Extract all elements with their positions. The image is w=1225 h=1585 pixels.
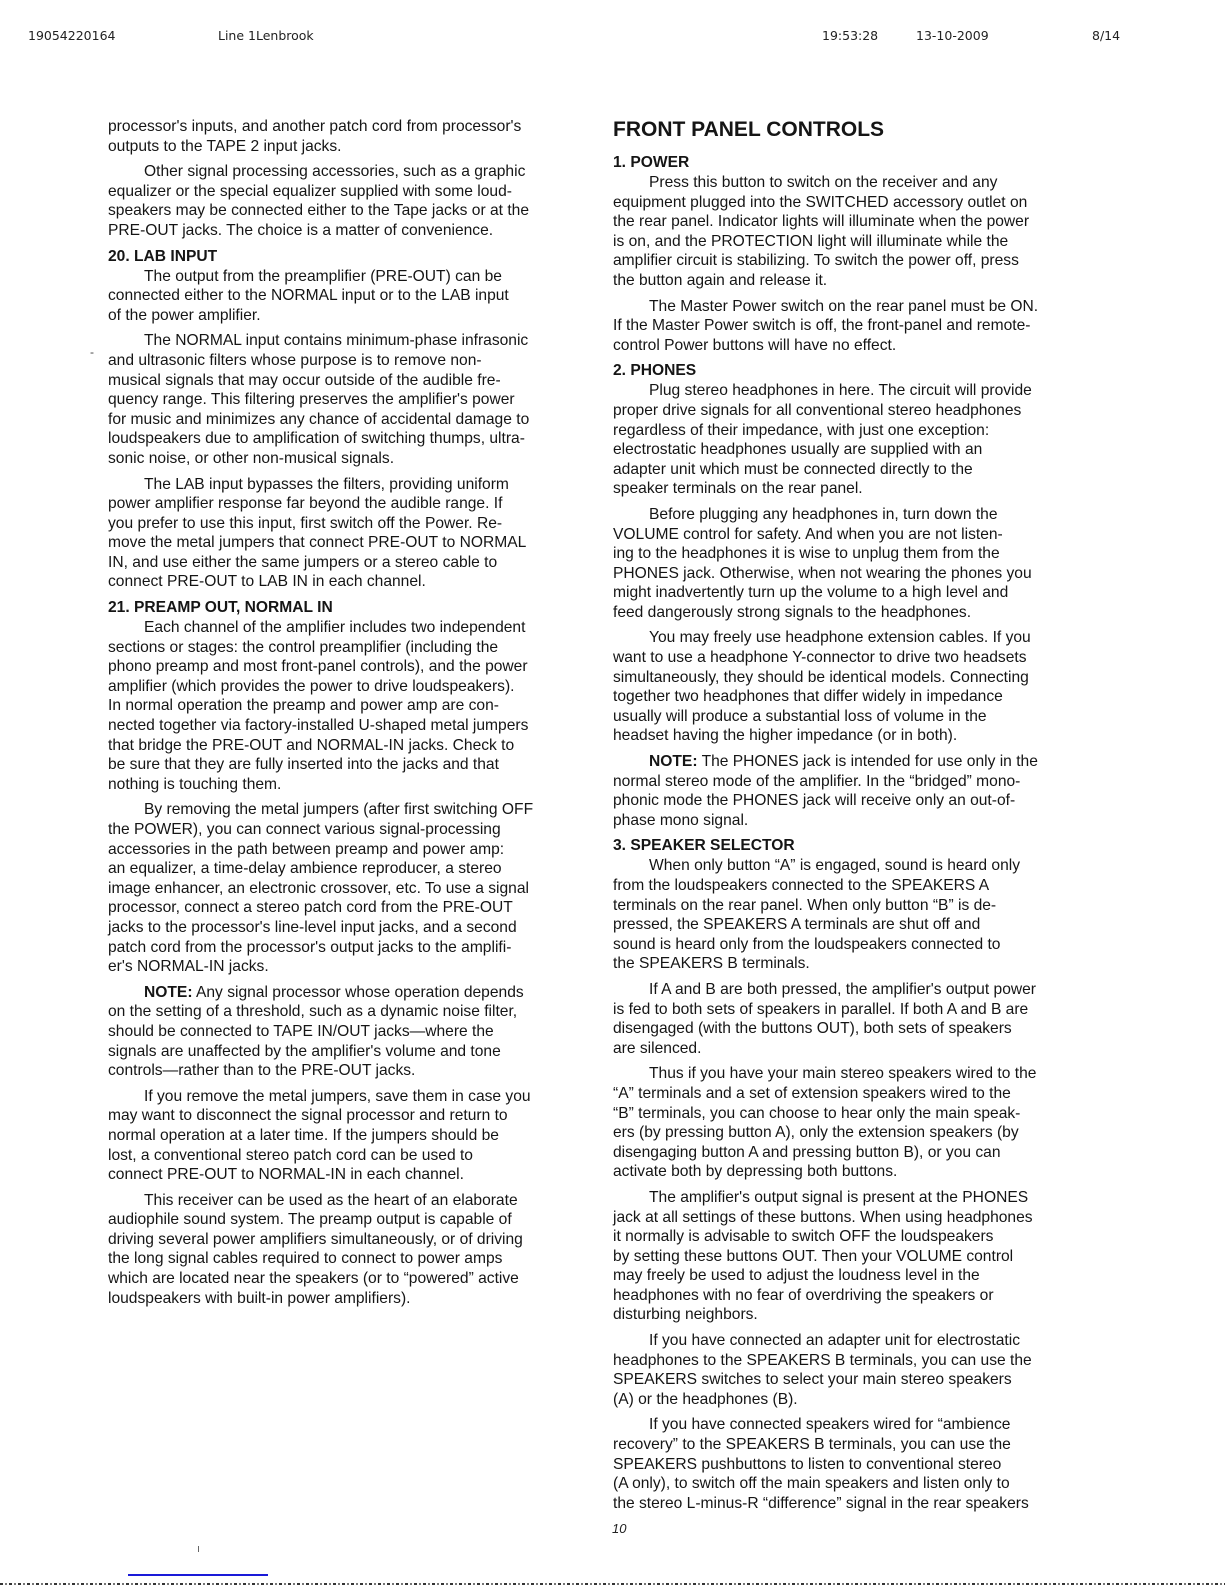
scan-mark: - bbox=[90, 345, 94, 359]
text-line: Other signal processing accessories, suc… bbox=[108, 162, 588, 182]
page-number: 10 bbox=[612, 1521, 626, 1536]
text-line: simultaneously, they should be identical… bbox=[613, 668, 1093, 688]
text-line: sonic noise, or other non-musical signal… bbox=[108, 449, 588, 469]
text-line: for music and minimizes any chance of ac… bbox=[108, 410, 588, 430]
text-line: headphones with no fear of overdriving t… bbox=[613, 1286, 1093, 1306]
section-heading: 2. PHONES bbox=[613, 361, 1093, 381]
text-line: jacks to the processor's line-level inpu… bbox=[108, 918, 588, 938]
text-line: the SPEAKERS B terminals. bbox=[613, 954, 1093, 974]
paragraph: This receiver can be used as the heart o… bbox=[108, 1191, 588, 1309]
fax-header: 19054220164 Line 1Lenbrook 19:53:28 13-1… bbox=[0, 28, 1225, 48]
text-line: the POWER), you can connect various sign… bbox=[108, 820, 588, 840]
text-line: By removing the metal jumpers (after fir… bbox=[108, 800, 588, 820]
note-text: The PHONES jack is intended for use only… bbox=[698, 753, 1038, 770]
text-line: which are located near the speakers (or … bbox=[108, 1269, 588, 1289]
text-line: by setting these buttons OUT. Then your … bbox=[613, 1247, 1093, 1267]
paragraph: Other signal processing accessories, suc… bbox=[108, 162, 588, 240]
text-line: processor, connect a stereo patch cord f… bbox=[108, 898, 588, 918]
paragraph: If you have connected an adapter unit fo… bbox=[613, 1331, 1093, 1409]
text-line: from the loudspeakers connected to the S… bbox=[613, 876, 1093, 896]
text-line: In normal operation the preamp and power… bbox=[108, 696, 588, 716]
text-line: connected either to the NORMAL input or … bbox=[108, 286, 588, 306]
text-line: When only button “A” is engaged, sound i… bbox=[613, 856, 1093, 876]
text-line: “B” terminals, you can choose to hear on… bbox=[613, 1104, 1093, 1124]
text-line: activate both by depressing both buttons… bbox=[613, 1162, 1093, 1182]
paragraph: The NORMAL input contains minimum-phase … bbox=[108, 331, 588, 468]
text-line: quency range. This filtering preserves t… bbox=[108, 390, 588, 410]
text-line: nothing is touching them. bbox=[108, 775, 588, 795]
text-line: The output from the preamplifier (PRE-OU… bbox=[108, 267, 588, 287]
text-line: disengaging button A and pressing button… bbox=[613, 1143, 1093, 1163]
text-line: phase mono signal. bbox=[613, 811, 1093, 831]
scan-speck bbox=[198, 1546, 199, 1552]
text-line: If you remove the metal jumpers, save th… bbox=[108, 1087, 588, 1107]
text-line: er's NORMAL-IN jacks. bbox=[108, 957, 588, 977]
text-line: PRE-OUT jacks. The choice is a matter of… bbox=[108, 221, 588, 241]
text-line: If you have connected an adapter unit fo… bbox=[613, 1331, 1093, 1351]
text-line: and ultrasonic filters whose purpose is … bbox=[108, 351, 588, 371]
paragraph: processor's inputs, and another patch co… bbox=[108, 117, 588, 156]
text-line: outputs to the TAPE 2 input jacks. bbox=[108, 137, 588, 157]
text-line: equalizer or the special equalizer suppl… bbox=[108, 182, 588, 202]
text-line: accessories in the path between preamp a… bbox=[108, 840, 588, 860]
text-line: the button again and release it. bbox=[613, 271, 1093, 291]
note-continuation: normal stereo mode of the amplifier. In … bbox=[613, 772, 1093, 831]
text-line: Before plugging any headphones in, turn … bbox=[613, 505, 1093, 525]
paragraph: When only button “A” is engaged, sound i… bbox=[613, 856, 1093, 974]
text-line: sections or stages: the control preampli… bbox=[108, 638, 588, 658]
text-line: amplifier (which provides the power to d… bbox=[108, 677, 588, 697]
text-line: headset having the higher impedance (or … bbox=[613, 726, 1093, 746]
paragraph: The LAB input bypasses the filters, prov… bbox=[108, 475, 588, 593]
text-line: speakers may be connected either to the … bbox=[108, 201, 588, 221]
text-line: should be connected to TAPE IN/OUT jacks… bbox=[108, 1022, 588, 1042]
text-line: (A only), to switch off the main speaker… bbox=[613, 1474, 1093, 1494]
fax-sender: Line 1Lenbrook bbox=[218, 28, 314, 43]
left-column: processor's inputs, and another patch co… bbox=[108, 117, 588, 1314]
text-line: are silenced. bbox=[613, 1039, 1093, 1059]
note-paragraph: NOTE: The PHONES jack is intended for us… bbox=[613, 752, 1093, 830]
text-line: the long signal cables required to conne… bbox=[108, 1249, 588, 1269]
text-line: pressed, the SPEAKERS A terminals are sh… bbox=[613, 915, 1093, 935]
text-line: on the setting of a threshold, such as a… bbox=[108, 1002, 588, 1022]
text-line: that bridge the PRE-OUT and NORMAL-IN ja… bbox=[108, 736, 588, 756]
text-line: be sure that they are fully inserted int… bbox=[108, 755, 588, 775]
text-line: Plug stereo headphones in here. The circ… bbox=[613, 381, 1093, 401]
text-line: the rear panel. Indicator lights will il… bbox=[613, 212, 1093, 232]
paragraph: Each channel of the amplifier includes t… bbox=[108, 618, 588, 794]
text-line: The amplifier's output signal is present… bbox=[613, 1188, 1093, 1208]
paragraph: Press this button to switch on the recei… bbox=[613, 173, 1093, 291]
paragraph: The amplifier's output signal is present… bbox=[613, 1188, 1093, 1325]
text-line: PHONES jack. Otherwise, when not wearing… bbox=[613, 564, 1093, 584]
paragraph: By removing the metal jumpers (after fir… bbox=[108, 800, 588, 976]
fax-page-count: 8/14 bbox=[1092, 28, 1120, 43]
fax-date: 13-10-2009 bbox=[916, 28, 989, 43]
text-line: image enhancer, an electronic crossover,… bbox=[108, 879, 588, 899]
note-continuation: on the setting of a threshold, such as a… bbox=[108, 1002, 588, 1080]
text-line: disengaged (with the buttons OUT), both … bbox=[613, 1019, 1093, 1039]
note-paragraph: NOTE: Any signal processor whose operati… bbox=[108, 983, 588, 1081]
text-line: SPEAKERS switches to select your main st… bbox=[613, 1370, 1093, 1390]
text-line: adapter unit which must be connected dir… bbox=[613, 460, 1093, 480]
text-line: move the metal jumpers that connect PRE-… bbox=[108, 533, 588, 553]
text-line: SPEAKERS pushbuttons to listen to conven… bbox=[613, 1455, 1093, 1475]
text-line: The LAB input bypasses the filters, prov… bbox=[108, 475, 588, 495]
footer-underline-link[interactable] bbox=[128, 1574, 268, 1576]
text-line: audiophile sound system. The preamp outp… bbox=[108, 1210, 588, 1230]
note-text: Any signal processor whose operation dep… bbox=[193, 984, 524, 1001]
text-line: nected together via factory-installed U-… bbox=[108, 716, 588, 736]
text-line: ing to the headphones it is wise to unpl… bbox=[613, 544, 1093, 564]
text-line: may freely be used to adjust the loudnes… bbox=[613, 1266, 1093, 1286]
text-line: jack at all settings of these buttons. W… bbox=[613, 1208, 1093, 1228]
text-line: patch cord from the processor's output j… bbox=[108, 938, 588, 958]
text-line: The NORMAL input contains minimum-phase … bbox=[108, 331, 588, 351]
text-line: loudspeakers due to amplification of swi… bbox=[108, 429, 588, 449]
text-line: power amplifier response far beyond the … bbox=[108, 494, 588, 514]
text-line: electrostatic headphones usually are sup… bbox=[613, 440, 1093, 460]
text-line: is on, and the PROTECTION light will ill… bbox=[613, 232, 1093, 252]
text-line: VOLUME control for safety. And when you … bbox=[613, 525, 1093, 545]
text-line: Each channel of the amplifier includes t… bbox=[108, 618, 588, 638]
text-line: may want to disconnect the signal proces… bbox=[108, 1106, 588, 1126]
text-line: If the Master Power switch is off, the f… bbox=[613, 316, 1093, 336]
paragraph: You may freely use headphone extension c… bbox=[613, 628, 1093, 746]
text-line: If A and B are both pressed, the amplifi… bbox=[613, 980, 1093, 1000]
fax-number: 19054220164 bbox=[28, 28, 115, 43]
text-line: want to use a headphone Y-connector to d… bbox=[613, 648, 1093, 668]
text-line: IN, and use either the same jumpers or a… bbox=[108, 553, 588, 573]
paragraph: Thus if you have your main stereo speake… bbox=[613, 1064, 1093, 1182]
section-heading: 3. SPEAKER SELECTOR bbox=[613, 836, 1093, 856]
text-line: ers (by pressing button A), only the ext… bbox=[613, 1123, 1093, 1143]
text-line: equipment plugged into the SWITCHED acce… bbox=[613, 193, 1093, 213]
text-line: Press this button to switch on the recei… bbox=[613, 173, 1093, 193]
text-line: you prefer to use this input, first swit… bbox=[108, 514, 588, 534]
page-title: FRONT PANEL CONTROLS bbox=[613, 117, 1093, 143]
text-line: disturbing neighbors. bbox=[613, 1305, 1093, 1325]
text-line: phono preamp and most front-panel contro… bbox=[108, 657, 588, 677]
text-line: signals are unaffected by the amplifier'… bbox=[108, 1042, 588, 1062]
text-line: This receiver can be used as the heart o… bbox=[108, 1191, 588, 1211]
text-line: If you have connected speakers wired for… bbox=[613, 1415, 1093, 1435]
text-line: phonic mode the PHONES jack will receive… bbox=[613, 791, 1093, 811]
text-line: proper drive signals for all conventiona… bbox=[613, 401, 1093, 421]
text-line: might inadvertently turn up the volume t… bbox=[613, 583, 1093, 603]
text-line: (A) or the headphones (B). bbox=[613, 1390, 1093, 1410]
text-line: speaker terminals on the rear panel. bbox=[613, 479, 1093, 499]
paragraph: The output from the preamplifier (PRE-OU… bbox=[108, 267, 588, 326]
text-line: normal operation at a later time. If the… bbox=[108, 1126, 588, 1146]
text-line: musical signals that may occur outside o… bbox=[108, 371, 588, 391]
paragraph: Before plugging any headphones in, turn … bbox=[613, 505, 1093, 623]
right-column: FRONT PANEL CONTROLS 1. POWER Press this… bbox=[613, 117, 1093, 1519]
text-line: terminals on the rear panel. When only b… bbox=[613, 896, 1093, 916]
text-line: connect PRE-OUT to LAB IN in each channe… bbox=[108, 572, 588, 592]
text-line: feed dangerously strong signals to the h… bbox=[613, 603, 1093, 623]
paragraph: If you remove the metal jumpers, save th… bbox=[108, 1087, 588, 1185]
paragraph: Plug stereo headphones in here. The circ… bbox=[613, 381, 1093, 499]
text-line: together two headphones that differ wide… bbox=[613, 687, 1093, 707]
text-line: normal stereo mode of the amplifier. In … bbox=[613, 772, 1093, 792]
text-line: loudspeakers with built-in power amplifi… bbox=[108, 1289, 588, 1309]
text-line: amplifier circuit is stabilizing. To swi… bbox=[613, 251, 1093, 271]
section-heading: 20. LAB INPUT bbox=[108, 247, 588, 267]
text-line: controls—rather than to the PRE-OUT jack… bbox=[108, 1061, 588, 1081]
text-line: regardless of their impedance, with just… bbox=[613, 421, 1093, 441]
text-line: of the power amplifier. bbox=[108, 306, 588, 326]
text-line: The Master Power switch on the rear pane… bbox=[613, 297, 1093, 317]
text-line: sound is heard only from the loudspeaker… bbox=[613, 935, 1093, 955]
text-line: You may freely use headphone extension c… bbox=[613, 628, 1093, 648]
text-line: Thus if you have your main stereo speake… bbox=[613, 1064, 1093, 1084]
text-line: is fed to both sets of speakers in paral… bbox=[613, 1000, 1093, 1020]
note-label: NOTE: bbox=[144, 984, 193, 1001]
paragraph: The Master Power switch on the rear pane… bbox=[613, 297, 1093, 356]
text-line: it normally is advisable to switch OFF t… bbox=[613, 1227, 1093, 1247]
text-line: the stereo L-minus-R “difference” signal… bbox=[613, 1494, 1093, 1514]
fax-time: 19:53:28 bbox=[822, 28, 878, 43]
text-line: recovery” to the SPEAKERS B terminals, y… bbox=[613, 1435, 1093, 1455]
text-line: an equalizer, a time-delay ambience repr… bbox=[108, 859, 588, 879]
text-line: processor's inputs, and another patch co… bbox=[108, 117, 588, 137]
text-line: “A” terminals and a set of extension spe… bbox=[613, 1084, 1093, 1104]
section-heading: 1. POWER bbox=[613, 153, 1093, 173]
text-line: driving several power amplifiers simulta… bbox=[108, 1230, 588, 1250]
text-line: connect PRE-OUT to NORMAL-IN in each cha… bbox=[108, 1165, 588, 1185]
text-line: control Power buttons will have no effec… bbox=[613, 336, 1093, 356]
paragraph: If A and B are both pressed, the amplifi… bbox=[613, 980, 1093, 1058]
text-line: usually will produce a substantial loss … bbox=[613, 707, 1093, 727]
note-label: NOTE: bbox=[649, 753, 698, 770]
text-line: lost, a conventional stereo patch cord c… bbox=[108, 1146, 588, 1166]
paragraph: If you have connected speakers wired for… bbox=[613, 1415, 1093, 1513]
text-line: headphones to the SPEAKERS B terminals, … bbox=[613, 1351, 1093, 1371]
section-heading: 21. PREAMP OUT, NORMAL IN bbox=[108, 598, 588, 618]
